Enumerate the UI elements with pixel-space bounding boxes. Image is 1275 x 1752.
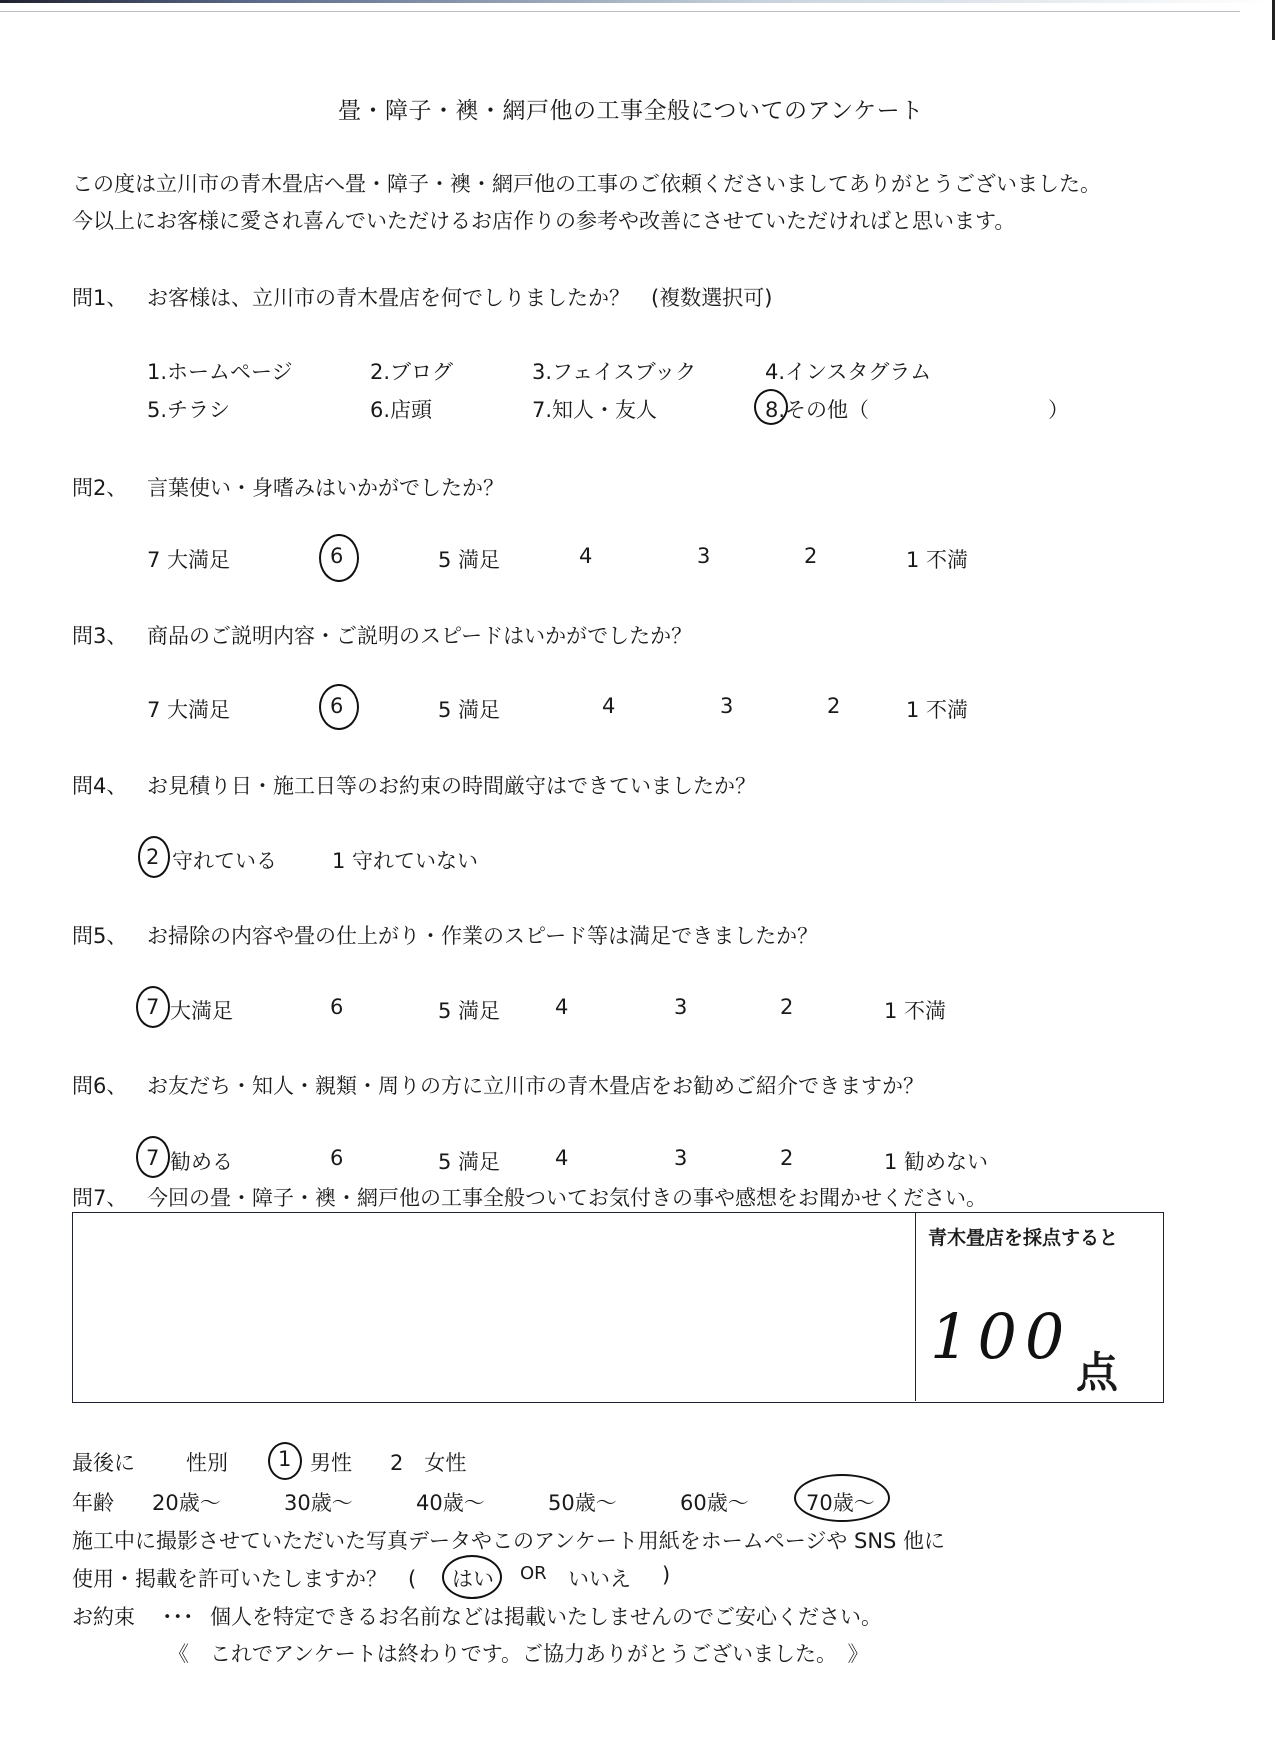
q3-option-1[interactable]: 1 不満 — [906, 694, 968, 724]
q3-option-5[interactable]: 5 満足 — [438, 694, 500, 724]
q4-option-1[interactable]: 1 守れていない — [332, 845, 478, 875]
q1-selected-circle — [754, 389, 788, 425]
q4-option-2-label: 守れている — [172, 845, 277, 875]
q5-number: 問5、 — [72, 920, 127, 950]
final-lead: 最後に — [72, 1447, 135, 1477]
q3-selected-circle — [319, 684, 359, 730]
gender-label: 性別 — [186, 1447, 228, 1477]
q5-option-5[interactable]: 5 満足 — [438, 995, 500, 1025]
promise-dots: ･･･ — [162, 1601, 194, 1631]
age-label: 年齢 — [72, 1487, 114, 1517]
q4-text: お見積り日・施工日等のお約束の時間厳守はできていましたか？ — [147, 770, 756, 800]
q6-option-3[interactable]: 3 — [674, 1146, 687, 1170]
q3-number: 問3、 — [72, 620, 127, 650]
q1-option-flyer[interactable]: 5.チラシ — [147, 394, 230, 424]
q6-number: 問6、 — [72, 1070, 127, 1100]
q2-option-1[interactable]: 1 不満 — [906, 544, 968, 574]
permission-close-paren: ) — [662, 1563, 670, 1587]
score-unit: 点 — [1076, 1340, 1118, 1400]
q1-option-acquaintance[interactable]: 7.知人・友人 — [532, 394, 657, 424]
q5-option-2[interactable]: 2 — [780, 995, 793, 1019]
age-option-60[interactable]: 60歳～ — [680, 1487, 749, 1517]
q7-number: 問7、 — [72, 1182, 127, 1212]
permission-no[interactable]: いいえ — [568, 1563, 631, 1593]
q4-number: 問4、 — [72, 770, 127, 800]
age-option-40[interactable]: 40歳～ — [416, 1487, 485, 1517]
score-box: 青木畳店を採点すると 100 点 — [915, 1212, 1163, 1401]
q2-selected-circle — [319, 534, 359, 582]
q3-option-3[interactable]: 3 — [720, 694, 733, 718]
q2-number: 問2、 — [72, 472, 127, 502]
q1-other-close-paren: ） — [1048, 394, 1069, 424]
q5-option-6[interactable]: 6 — [330, 995, 343, 1019]
q2-text: 言葉使い・身嗜みはいかがでしたか？ — [147, 472, 504, 502]
q3-option-2[interactable]: 2 — [827, 694, 840, 718]
survey-title: 畳・障子・襖・網戸他の工事全般についてのアンケート — [338, 92, 924, 125]
q1-option-homepage[interactable]: 1.ホームページ — [147, 356, 293, 386]
age-option-50[interactable]: 50歳～ — [548, 1487, 617, 1517]
q5-option-7-label: 大満足 — [170, 995, 233, 1025]
q6-option-1[interactable]: 1 勧めない — [884, 1146, 988, 1176]
promise-text: 個人を特定できるお名前などは掲載いたしませんのでご安心ください。 — [210, 1601, 882, 1631]
age-selected-circle — [794, 1474, 890, 1522]
q6-option-2[interactable]: 2 — [780, 1146, 793, 1170]
q7-text: 今回の畳・障子・襖・網戸他の工事全般ついてお気付きの事や感想をお聞かせください。 — [147, 1182, 987, 1212]
permission-line-2: 使用・掲載を許可いたしますか？ ( — [72, 1563, 416, 1593]
q2-option-7[interactable]: 7 大満足 — [147, 544, 230, 574]
score-value[interactable]: 100 — [930, 1300, 1072, 1373]
q1-option-blog[interactable]: 2.ブログ — [370, 356, 453, 386]
q3-text: 商品のご説明内容・ご説明のスピードはいかがでしたか？ — [147, 620, 692, 650]
permission-selected-circle — [442, 1555, 502, 1599]
q1-option-storefront[interactable]: 6.店頭 — [370, 394, 432, 424]
gender-selected-circle — [268, 1442, 302, 1480]
q5-option-1[interactable]: 1 不満 — [884, 995, 946, 1025]
q6-option-4[interactable]: 4 — [555, 1146, 568, 1170]
q1-option-instagram[interactable]: 4.インスタグラム — [765, 356, 931, 386]
q3-option-4[interactable]: 4 — [602, 694, 615, 718]
intro-line-1: この度は立川市の青木畳店へ畳・障子・襖・網戸他の工事のご依頼くださいましてありが… — [72, 168, 1101, 198]
q1-option-facebook[interactable]: 3.フェイスブック — [532, 356, 696, 386]
gender-option-2[interactable]: 2 女性 — [390, 1447, 466, 1477]
scan-line — [0, 11, 1240, 12]
promise-label: お約束 — [72, 1601, 135, 1631]
q6-option-6[interactable]: 6 — [330, 1146, 343, 1170]
q5-option-3[interactable]: 3 — [674, 995, 687, 1019]
q3-option-7[interactable]: 7 大満足 — [147, 694, 230, 724]
permission-line-1: 施工中に撮影させていただいた写真データやこのアンケート用紙をホームページや SN… — [72, 1525, 945, 1555]
gender-option-1-label: 男性 — [310, 1447, 352, 1477]
q1-number: 問1、 — [72, 282, 127, 312]
closing-message: 《 これでアンケートは終わりです。ご協力ありがとうございました。 》 — [168, 1638, 869, 1668]
q6-text: お友だち・知人・親類・周りの方に立川市の青木畳店をお勧めご紹介できますか？ — [147, 1070, 924, 1100]
q5-selected-circle — [136, 986, 170, 1028]
q2-option-2[interactable]: 2 — [804, 544, 817, 568]
age-option-20[interactable]: 20歳～ — [152, 1487, 221, 1517]
permission-or: OR — [520, 1563, 547, 1584]
q6-selected-circle — [136, 1136, 170, 1178]
intro-line-2: 今以上にお客様に愛され喜んでいただけるお店作りの参考や改善にさせていただければと… — [72, 205, 1015, 235]
score-label: 青木畳店を採点すると — [928, 1223, 1118, 1250]
q2-option-5[interactable]: 5 満足 — [438, 544, 500, 574]
q2-option-3[interactable]: 3 — [697, 544, 710, 568]
q1-text: お客様は、立川市の青木畳店を何でしりましたか？ (複数選択可) — [147, 282, 772, 312]
q6-option-5[interactable]: 5 満足 — [438, 1146, 500, 1176]
q6-option-7-label: 勧める — [170, 1146, 233, 1176]
scan-edge — [0, 0, 1275, 3]
q5-text: お掃除の内容や畳の仕上がり・作業のスピード等は満足できましたか？ — [147, 920, 818, 950]
q4-selected-circle — [138, 836, 170, 878]
q5-option-4[interactable]: 4 — [555, 995, 568, 1019]
q2-option-4[interactable]: 4 — [579, 544, 592, 568]
age-option-30[interactable]: 30歳～ — [284, 1487, 353, 1517]
